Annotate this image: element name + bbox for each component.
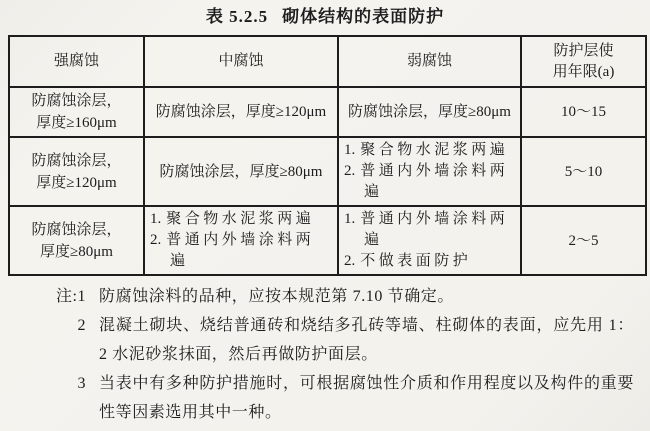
table-cell-service-life: 2～5 xyxy=(521,206,646,275)
table-cell: 防腐蚀涂层，厚度≥80μm xyxy=(338,87,521,137)
header-strong-corrosion: 强腐蚀 xyxy=(9,36,144,87)
note-item: 注:1 防腐蚀涂料的品种，应按本规范第 7.10 节确定。 xyxy=(42,282,634,311)
note-item: 3 当表中有多种防护措施时，可根据腐蚀性介质和作用程度以及构件的重要性等因素选用… xyxy=(42,369,634,427)
list-item: 1.聚合物水泥浆两遍 xyxy=(150,209,332,230)
list-item: 2.普通内外墙涂料两遍 xyxy=(150,230,332,272)
table-row: 防腐蚀涂层， 厚度≥80μm 1.聚合物水泥浆两遍 2.普通内外墙涂料两遍 1.… xyxy=(9,206,646,275)
table-row: 防腐蚀涂层， 厚度≥120μm 防腐蚀涂层，厚度≥80μm 1.聚合物水泥浆两遍… xyxy=(9,137,646,206)
table-cell: 防腐蚀涂层， 厚度≥120μm xyxy=(9,137,144,206)
header-weak-corrosion: 弱腐蚀 xyxy=(338,36,521,87)
table-row: 防腐蚀涂层， 厚度≥160μm 防腐蚀涂层，厚度≥120μm 防腐蚀涂层，厚度≥… xyxy=(9,87,646,137)
list-item: 1.普通内外墙涂料两遍 xyxy=(344,209,515,251)
table-cell: 防腐蚀涂层， 厚度≥80μm xyxy=(9,206,144,275)
list-item: 1.聚合物水泥浆两遍 xyxy=(344,140,515,161)
table-number: 表 5.2.5 xyxy=(206,7,268,26)
table-cell: 防腐蚀涂层，厚度≥80μm xyxy=(144,137,338,206)
table-cell-list: 1.聚合物水泥浆两遍 2.普通内外墙涂料两遍 xyxy=(338,137,521,206)
table-cell-service-life: 10～15 xyxy=(521,87,646,137)
note-item: 2 混凝土砌块、烧结普通砖和烧结多孔砖等墙、柱砌体的表面，应先用 1：2 水泥砂… xyxy=(42,311,634,369)
table-header-row: 强腐蚀 中腐蚀 弱腐蚀 防护层使 用年限(a) xyxy=(9,36,646,87)
note-label: 注:1 xyxy=(42,282,86,311)
table-cell-service-life: 5～10 xyxy=(521,137,646,206)
note-text: 混凝土砌块、烧结普通砖和烧结多孔砖等墙、柱砌体的表面，应先用 1：2 水泥砂浆抹… xyxy=(99,311,634,369)
note-text: 当表中有多种防护措施时，可根据腐蚀性介质和作用程度以及构件的重要性等因素选用其中… xyxy=(99,369,634,427)
table-title: 表 5.2.5砌体结构的表面防护 xyxy=(0,0,650,27)
note-label: 3 xyxy=(42,369,86,398)
scanned-page: 表 5.2.5砌体结构的表面防护 强腐蚀 中腐蚀 弱腐蚀 防护层使 用年限(a) xyxy=(0,0,650,431)
list-item: 2.不做表面防护 xyxy=(344,251,515,272)
table-notes: 注:1 防腐蚀涂料的品种，应按本规范第 7.10 节确定。 2 混凝土砌块、烧结… xyxy=(0,282,650,427)
surface-protection-table: 强腐蚀 中腐蚀 弱腐蚀 防护层使 用年限(a) 防腐蚀涂层， 厚度≥160μm … xyxy=(8,35,647,276)
note-label: 2 xyxy=(42,311,86,340)
table-caption: 砌体结构的表面防护 xyxy=(282,7,444,26)
list-item: 2.普通内外墙涂料两遍 xyxy=(344,161,515,203)
table-cell: 防腐蚀涂层， 厚度≥160μm xyxy=(9,87,144,137)
header-medium-corrosion: 中腐蚀 xyxy=(144,36,338,87)
table-cell-list: 1.普通内外墙涂料两遍 2.不做表面防护 xyxy=(338,206,521,275)
table-cell-list: 1.聚合物水泥浆两遍 2.普通内外墙涂料两遍 xyxy=(144,206,338,275)
table-cell: 防腐蚀涂层，厚度≥120μm xyxy=(144,87,338,137)
header-service-life: 防护层使 用年限(a) xyxy=(521,36,646,87)
note-text: 防腐蚀涂料的品种，应按本规范第 7.10 节确定。 xyxy=(99,282,634,311)
